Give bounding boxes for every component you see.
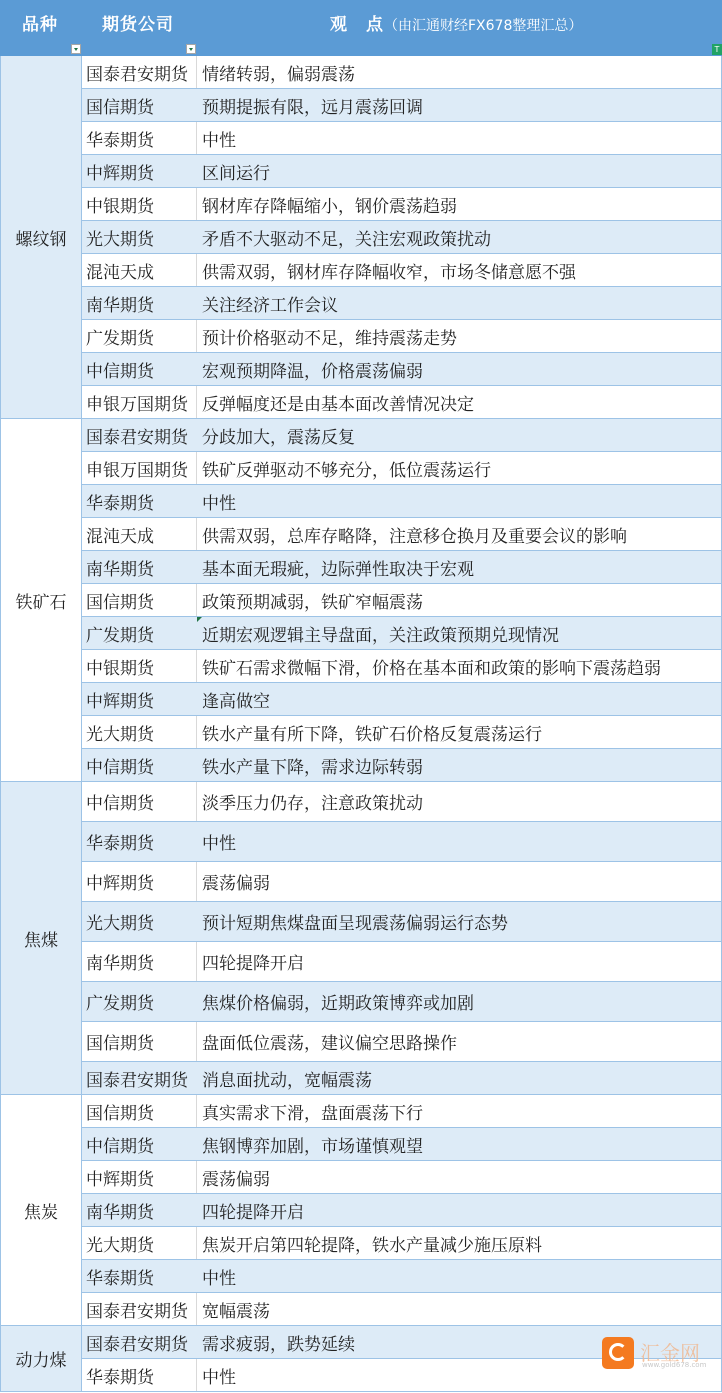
table-row[interactable]: 中信期货铁水产量下降，需求边际转弱 — [81, 749, 722, 782]
table-row[interactable]: 国泰君安期货分歧加大，震荡反复 — [81, 419, 722, 452]
table-row[interactable]: 国泰君安期货情绪转弱，偏弱震荡 — [81, 56, 722, 89]
view-cell[interactable]: 焦炭开启第四轮提降，铁水产量减少施压原料 — [197, 1227, 721, 1259]
company-cell[interactable]: 国信期货 — [82, 1022, 197, 1061]
view-cell[interactable]: 四轮提降开启 — [197, 942, 721, 981]
view-cell[interactable]: 中性 — [197, 1260, 721, 1292]
company-cell[interactable]: 国泰君安期货 — [82, 56, 197, 88]
view-cell[interactable]: 中性 — [197, 822, 721, 861]
table-row[interactable]: 中辉期货震荡偏弱 — [81, 862, 722, 902]
table-row[interactable]: 中信期货宏观预期降温，价格震荡偏弱 — [81, 353, 722, 386]
table-header: 品种 期货公司 观 点（由汇通财经FX678整理汇总） T — [0, 0, 722, 56]
company-cell[interactable]: 中信期货 — [82, 749, 197, 781]
company-cell[interactable]: 中辉期货 — [82, 155, 197, 187]
view-cell[interactable]: 宽幅震荡 — [197, 1293, 721, 1325]
view-cell[interactable]: 盘面低位震荡，建议偏空思路操作 — [197, 1022, 721, 1061]
company-cell[interactable]: 国泰君安期货 — [82, 1326, 197, 1358]
table-row[interactable]: 南华期货基本面无瑕疵，边际弹性取决于宏观 — [81, 551, 722, 584]
table-row[interactable]: 国信期货政策预期减弱，铁矿窄幅震荡 — [81, 584, 722, 617]
table-row[interactable]: 广发期货预计价格驱动不足，维持震荡走势 — [81, 320, 722, 353]
view-cell[interactable]: 供需双弱，钢材库存降幅收窄，市场冬储意愿不强 — [197, 254, 721, 286]
gold678-logo-icon — [602, 1337, 634, 1369]
view-cell[interactable]: 分歧加大，震荡反复 — [197, 419, 721, 451]
table-row[interactable]: 光大期货铁水产量有所下降，铁矿石价格反复震荡运行 — [81, 716, 722, 749]
table-row[interactable]: 国信期货真实需求下滑，盘面震荡下行 — [81, 1095, 722, 1128]
table-row[interactable]: 中辉期货震荡偏弱 — [81, 1161, 722, 1194]
view-cell[interactable]: 铁矿反弹驱动不够充分，低位震荡运行 — [197, 452, 721, 484]
view-cell[interactable]: 宏观预期降温，价格震荡偏弱 — [197, 353, 721, 385]
table-row[interactable]: 中辉期货区间运行 — [81, 155, 722, 188]
variety-cell[interactable]: 焦煤 — [0, 782, 81, 1095]
view-cell[interactable]: 预计价格驱动不足，维持震荡走势 — [197, 320, 721, 352]
variety-label: 焦煤 — [24, 926, 58, 951]
table-row[interactable]: 申银万国期货铁矿反弹驱动不够充分，低位震荡运行 — [81, 452, 722, 485]
view-cell[interactable]: 供需双弱，总库存略降，注意移仓换月及重要会议的影响 — [197, 518, 721, 550]
company-cell[interactable]: 华泰期货 — [82, 822, 197, 861]
company-cell[interactable]: 中信期货 — [82, 353, 197, 385]
company-cell[interactable]: 中辉期货 — [82, 683, 197, 715]
company-cell[interactable]: 南华期货 — [82, 551, 197, 583]
table-row[interactable]: 中辉期货逢高做空 — [81, 683, 722, 716]
company-cell[interactable]: 华泰期货 — [82, 122, 197, 154]
filter-dropdown-company[interactable] — [186, 44, 196, 54]
company-cell[interactable]: 中银期货 — [82, 188, 197, 220]
table-row[interactable]: 中银期货铁矿石需求微幅下滑，价格在基本面和政策的影响下震荡趋弱 — [81, 650, 722, 683]
company-cell[interactable]: 光大期货 — [82, 902, 197, 941]
company-cell[interactable]: 申银万国期货 — [82, 452, 197, 484]
variety-label: 动力煤 — [16, 1346, 67, 1371]
table-row[interactable]: 混沌天成供需双弱，钢材库存降幅收窄，市场冬储意愿不强 — [81, 254, 722, 287]
company-cell[interactable]: 华泰期货 — [82, 1359, 197, 1391]
watermark: 汇金网 www.gold678.com — [602, 1337, 712, 1371]
company-cell[interactable]: 混沌天成 — [82, 254, 197, 286]
table-row[interactable]: 国泰君安期货宽幅震荡 — [81, 1293, 722, 1326]
table-row[interactable]: 光大期货矛盾不大驱动不足，关注宏观政策扰动 — [81, 221, 722, 254]
watermark-url: www.gold678.com — [642, 1361, 706, 1369]
table-row[interactable]: 中信期货焦钢博弈加剧，市场谨慎观望 — [81, 1128, 722, 1161]
variety-cell[interactable]: 焦炭 — [0, 1095, 81, 1326]
view-cell[interactable]: 中性 — [197, 122, 721, 154]
variety-label: 焦炭 — [24, 1198, 58, 1223]
view-cell[interactable]: 焦钢博弈加剧，市场谨慎观望 — [197, 1128, 721, 1160]
company-cell[interactable]: 南华期货 — [82, 942, 197, 981]
table-row[interactable]: 国泰君安期货消息面扰动，宽幅震荡 — [81, 1062, 722, 1095]
variety-cell[interactable]: 动力煤 — [0, 1326, 81, 1392]
view-cell[interactable]: 关注经济工作会议 — [197, 287, 721, 319]
company-cell[interactable]: 华泰期货 — [82, 1260, 197, 1292]
company-cell[interactable]: 国泰君安期货 — [82, 1293, 197, 1325]
filter-dropdown-variety[interactable] — [71, 44, 81, 54]
header-company: 期货公司 — [102, 10, 174, 35]
futures-views-table: 螺纹钢国泰君安期货情绪转弱，偏弱震荡国信期货预期提振有限，远月震荡回调华泰期货中… — [0, 56, 722, 1392]
company-cell[interactable]: 中信期货 — [82, 1128, 197, 1160]
table-row[interactable]: 南华期货四轮提降开启 — [81, 942, 722, 982]
view-cell[interactable]: 焦煤价格偏弱，近期政策博弈或加剧 — [197, 982, 721, 1021]
table-row[interactable]: 华泰期货中性 — [81, 822, 722, 862]
header-variety: 品种 — [22, 10, 58, 35]
company-cell[interactable]: 国泰君安期货 — [82, 1062, 197, 1094]
view-cell[interactable]: 情绪转弱，偏弱震荡 — [197, 56, 721, 88]
group-3: 焦炭国信期货真实需求下滑，盘面震荡下行中信期货焦钢博弈加剧，市场谨慎观望中辉期货… — [0, 1095, 722, 1326]
company-cell[interactable]: 国泰君安期货 — [82, 419, 197, 451]
variety-label: 铁矿石 — [16, 588, 67, 613]
view-cell[interactable]: 政策预期减弱，铁矿窄幅震荡 — [197, 584, 721, 616]
table-row[interactable]: 中信期货淡季压力仍存，注意政策扰动 — [81, 782, 722, 822]
company-cell[interactable]: 光大期货 — [82, 221, 197, 253]
view-cell[interactable]: 钢材库存降幅缩小，钢价震荡趋弱 — [197, 188, 721, 220]
view-cell[interactable]: 四轮提降开启 — [197, 1194, 721, 1226]
view-cell[interactable]: 铁水产量有所下降，铁矿石价格反复震荡运行 — [197, 716, 721, 748]
company-cell[interactable]: 光大期货 — [82, 1227, 197, 1259]
table-row[interactable]: 华泰期货中性 — [81, 122, 722, 155]
view-cell[interactable]: 基本面无瑕疵，边际弹性取决于宏观 — [197, 551, 721, 583]
view-cell[interactable]: 震荡偏弱 — [197, 862, 721, 901]
company-cell[interactable]: 广发期货 — [82, 320, 197, 352]
cell-comment-indicator-icon — [197, 617, 202, 622]
view-cell[interactable]: 铁水产量下降，需求边际转弱 — [197, 749, 721, 781]
company-cell[interactable]: 国信期货 — [82, 584, 197, 616]
company-cell[interactable]: 南华期货 — [82, 1194, 197, 1226]
view-cell[interactable]: 预期提振有限，远月震荡回调 — [197, 89, 721, 121]
view-cell[interactable]: 近期宏观逻辑主导盘面，关注政策预期兑现情况 — [197, 617, 721, 649]
company-cell[interactable]: 华泰期货 — [82, 485, 197, 517]
table-row[interactable]: 华泰期货中性 — [81, 485, 722, 518]
company-cell[interactable]: 申银万国期货 — [82, 386, 197, 418]
view-cell[interactable]: 区间运行 — [197, 155, 721, 187]
view-cell[interactable]: 消息面扰动，宽幅震荡 — [197, 1062, 721, 1094]
company-cell[interactable]: 广发期货 — [82, 617, 197, 649]
table-row[interactable]: 申银万国期货反弹幅度还是由基本面改善情况决定 — [81, 386, 722, 419]
group-2: 焦煤中信期货淡季压力仍存，注意政策扰动华泰期货中性中辉期货震荡偏弱光大期货预计短… — [0, 782, 722, 1095]
table-row[interactable]: 国信期货盘面低位震荡，建议偏空思路操作 — [81, 1022, 722, 1062]
company-cell[interactable]: 中辉期货 — [82, 1161, 197, 1193]
variety-cell[interactable]: 铁矿石 — [0, 419, 81, 782]
variety-cell[interactable]: 螺纹钢 — [0, 56, 81, 419]
company-cell[interactable]: 南华期货 — [82, 287, 197, 319]
table-row[interactable]: 光大期货预计短期焦煤盘面呈现震荡偏弱运行态势 — [81, 902, 722, 942]
table-row[interactable]: 中银期货钢材库存降幅缩小，钢价震荡趋弱 — [81, 188, 722, 221]
variety-label: 螺纹钢 — [16, 225, 67, 250]
view-cell[interactable]: 震荡偏弱 — [197, 1161, 721, 1193]
group-1: 铁矿石国泰君安期货分歧加大，震荡反复申银万国期货铁矿反弹驱动不够充分，低位震荡运… — [0, 419, 722, 782]
view-cell[interactable]: 铁矿石需求微幅下滑，价格在基本面和政策的影响下震荡趋弱 — [197, 650, 721, 682]
view-cell[interactable]: 矛盾不大驱动不足，关注宏观政策扰动 — [197, 221, 721, 253]
table-row[interactable]: 广发期货焦煤价格偏弱，近期政策博弈或加剧 — [81, 982, 722, 1022]
company-cell[interactable]: 广发期货 — [82, 982, 197, 1021]
header-view: 观 点（由汇通财经FX678整理汇总） — [330, 10, 582, 35]
view-cell[interactable]: 反弹幅度还是由基本面改善情况决定 — [197, 386, 721, 418]
table-row[interactable]: 国信期货预期提振有限，远月震荡回调 — [81, 89, 722, 122]
company-cell[interactable]: 国信期货 — [82, 89, 197, 121]
header-view-note: （由汇通财经FX678整理汇总） — [384, 18, 582, 34]
table-row[interactable]: 华泰期货中性 — [81, 1260, 722, 1293]
company-cell[interactable]: 中银期货 — [82, 650, 197, 682]
view-cell[interactable]: 预计短期焦煤盘面呈现震荡偏弱运行态势 — [197, 902, 721, 941]
group-0: 螺纹钢国泰君安期货情绪转弱，偏弱震荡国信期货预期提振有限，远月震荡回调华泰期货中… — [0, 56, 722, 419]
table-row[interactable]: 光大期货焦炭开启第四轮提降，铁水产量减少施压原料 — [81, 1227, 722, 1260]
table-row[interactable]: 广发期货近期宏观逻辑主导盘面，关注政策预期兑现情况 — [81, 617, 722, 650]
view-cell[interactable]: 中性 — [197, 485, 721, 517]
company-cell[interactable]: 光大期货 — [82, 716, 197, 748]
company-cell[interactable]: 国信期货 — [82, 1095, 197, 1127]
view-cell[interactable]: 淡季压力仍存，注意政策扰动 — [197, 782, 721, 821]
view-cell[interactable]: 逢高做空 — [197, 683, 721, 715]
table-row[interactable]: 南华期货四轮提降开启 — [81, 1194, 722, 1227]
company-cell[interactable]: 中辉期货 — [82, 862, 197, 901]
view-cell[interactable]: 真实需求下滑，盘面震荡下行 — [197, 1095, 721, 1127]
filter-active-icon[interactable]: T — [712, 44, 722, 55]
header-view-label: 观 点 — [330, 15, 384, 35]
company-cell[interactable]: 混沌天成 — [82, 518, 197, 550]
table-row[interactable]: 南华期货关注经济工作会议 — [81, 287, 722, 320]
company-cell[interactable]: 中信期货 — [82, 782, 197, 821]
table-row[interactable]: 混沌天成供需双弱，总库存略降，注意移仓换月及重要会议的影响 — [81, 518, 722, 551]
